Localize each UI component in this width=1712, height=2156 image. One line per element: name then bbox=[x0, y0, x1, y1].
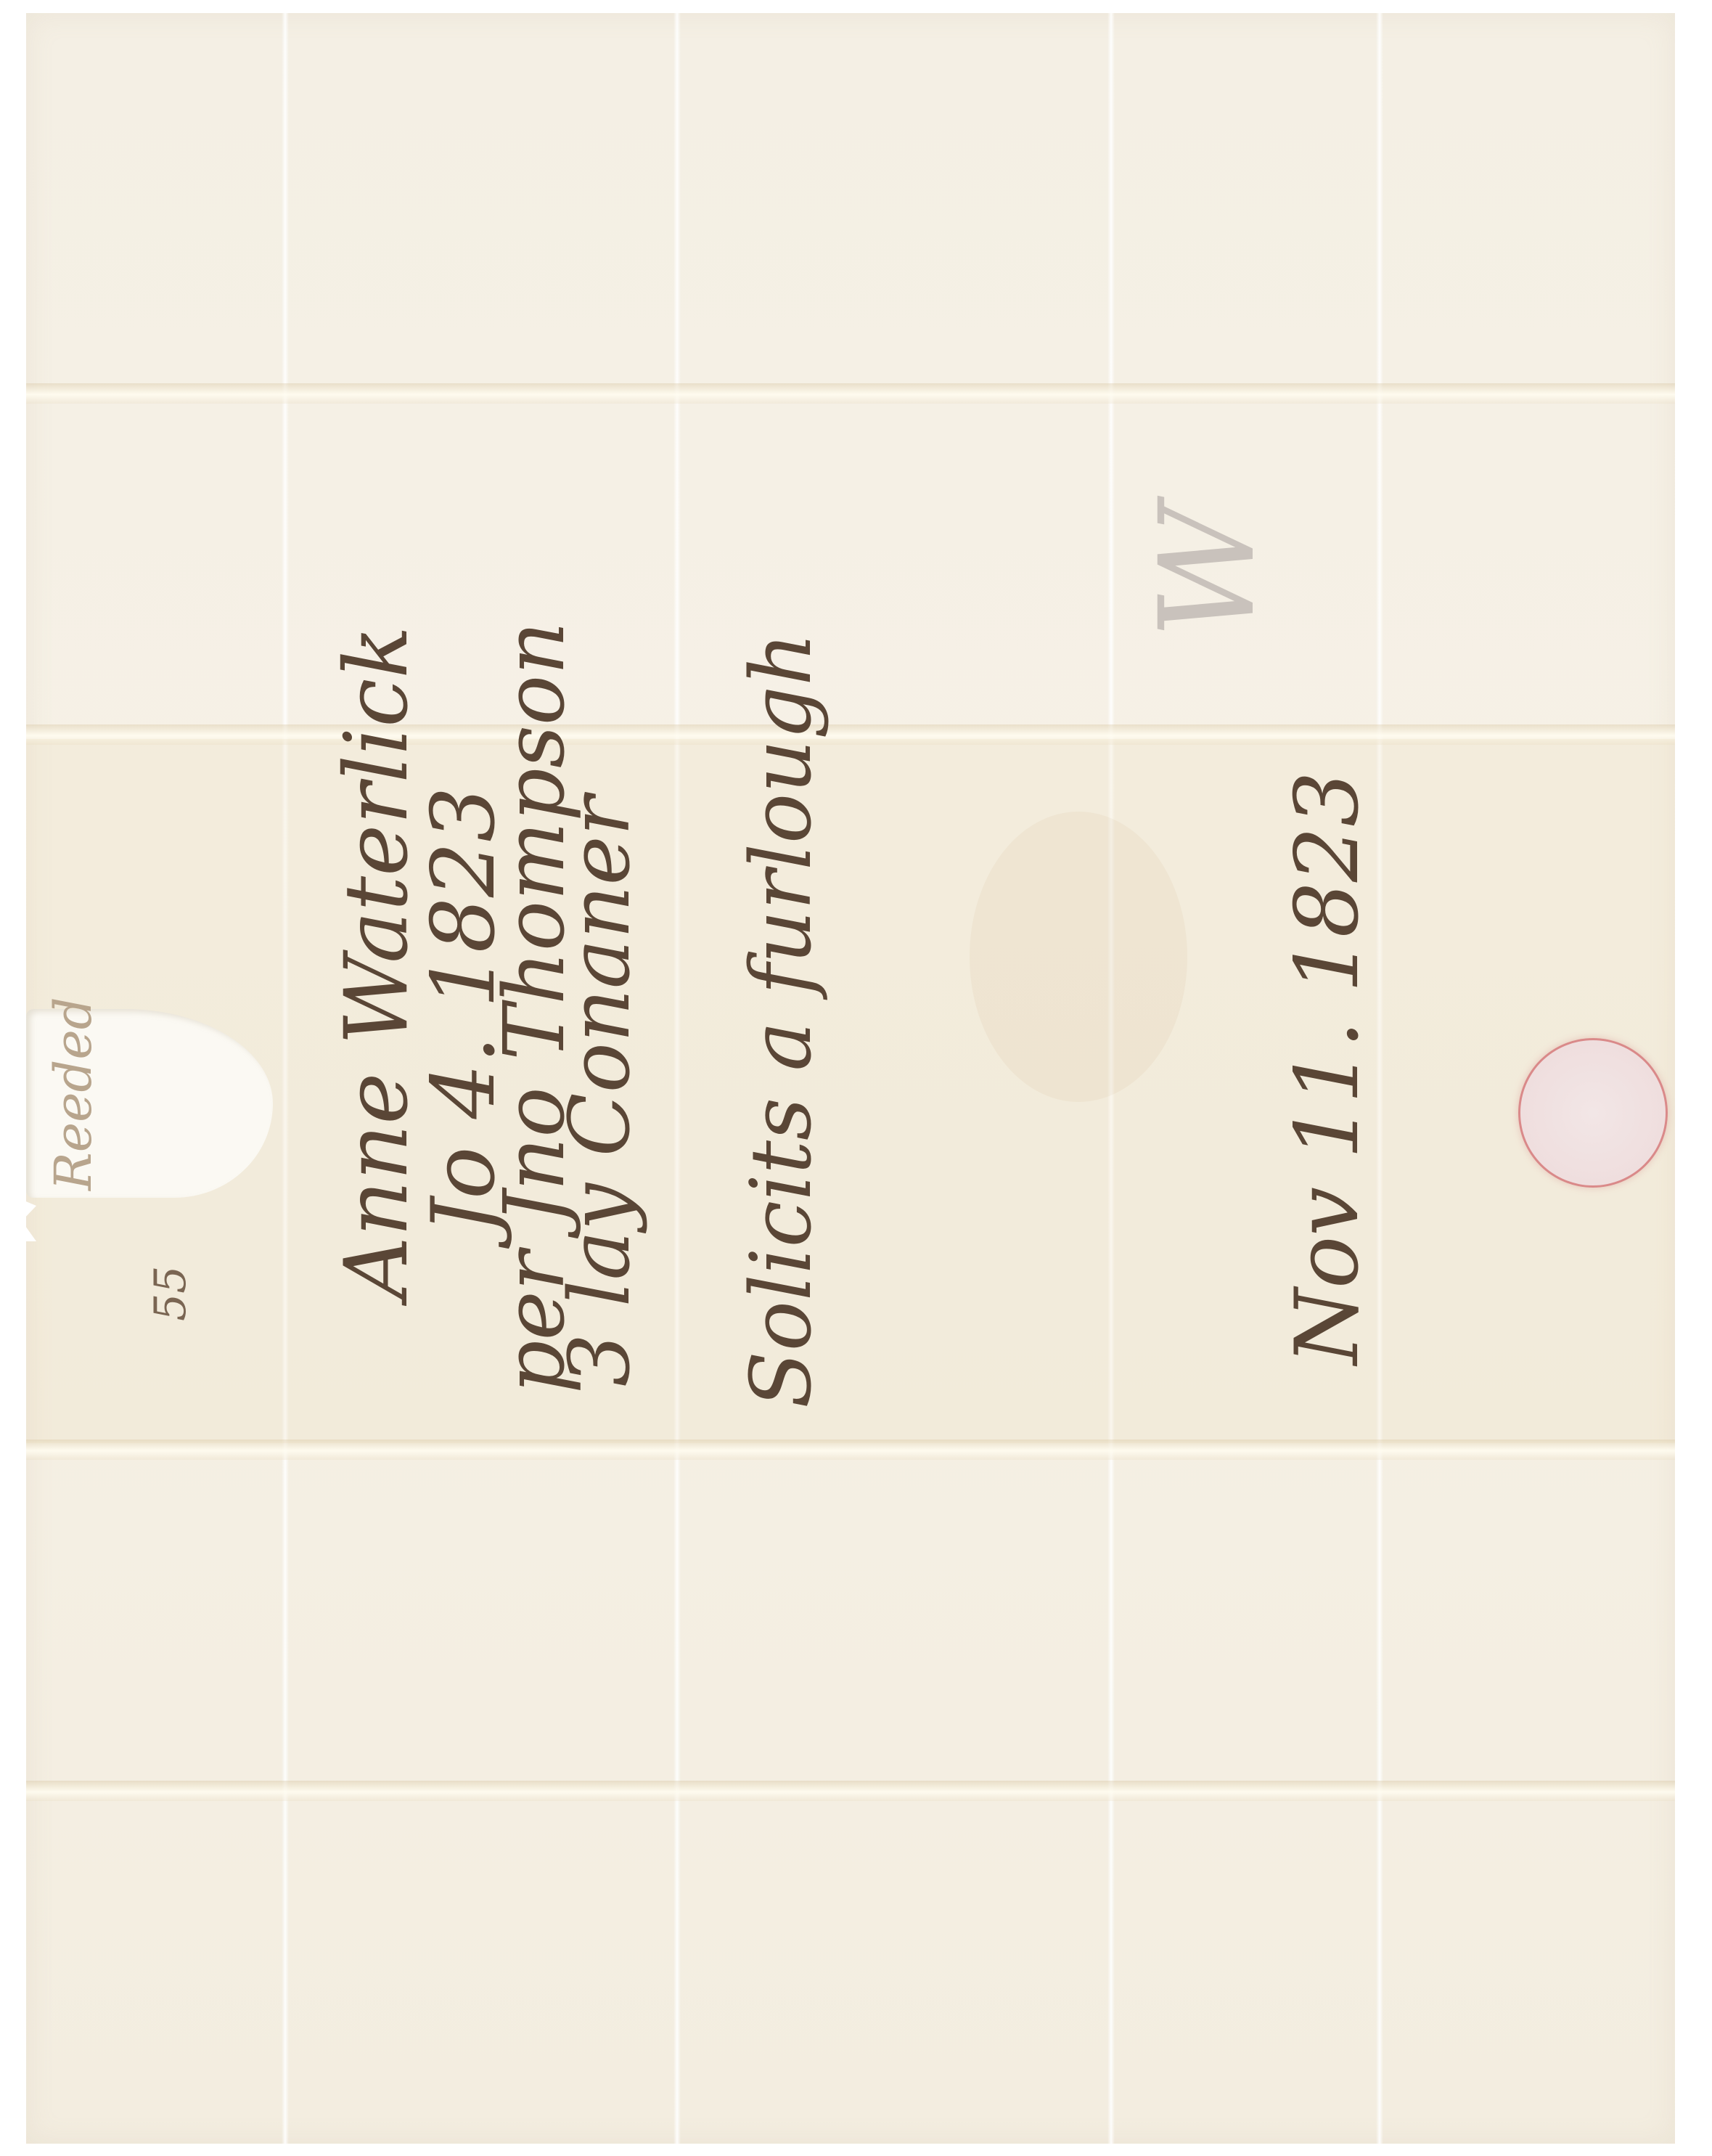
faint-mark: W bbox=[1132, 505, 1284, 639]
date-note: Nov 11. 1823 bbox=[1277, 771, 1378, 1365]
fold-line bbox=[26, 1781, 1675, 1801]
bleed-through bbox=[970, 812, 1187, 1102]
docket-line-5: Solicits a furlough bbox=[733, 632, 830, 1408]
fold-line bbox=[26, 383, 1675, 404]
letter-sheet bbox=[26, 13, 1675, 2144]
docket-line-1: Anne Waterlick bbox=[327, 626, 427, 1299]
wax-seal bbox=[1518, 1038, 1668, 1188]
address-panel bbox=[26, 739, 1675, 1443]
margin-number: 55 bbox=[145, 1266, 196, 1321]
torn-fragment-text: Reeded bbox=[44, 997, 103, 1191]
docket-line-4: 3 lay Conaner bbox=[552, 796, 649, 1387]
